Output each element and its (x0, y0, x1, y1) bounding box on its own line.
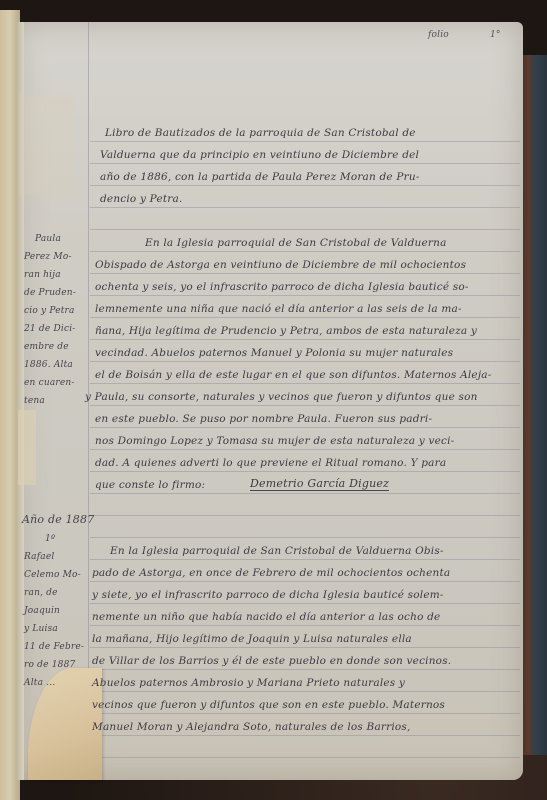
body-line: lemnemente una niña que nació el día ant… (95, 298, 462, 320)
body-line: la mañana, Hijo legítimo de Joaquin y Lu… (92, 628, 412, 650)
repair-patch (18, 410, 36, 485)
margin-line: embre de (24, 338, 69, 357)
margin-line: 1886. Alta (24, 356, 73, 375)
body-line: vecindad. Abuelos paternos Manuel y Polo… (95, 342, 453, 364)
folio-label: folio (428, 30, 449, 40)
margin-line: 11 de Febre- (24, 638, 84, 657)
body-line: nos Domingo Lopez y Tomasa su mujer de e… (95, 430, 454, 452)
margin-line: en cuaren- (24, 374, 75, 393)
margin-line: ran hija (24, 266, 61, 285)
margin-line: cio y Petra (24, 302, 75, 321)
body-line: dad. A quienes adverti lo que previene e… (95, 452, 446, 474)
year-heading: Año de 1887 (22, 510, 94, 529)
margin-line: de Pruden- (24, 284, 76, 303)
body-line: En la Iglesia parroquial de San Cristoba… (145, 232, 447, 254)
margin-line: Celemo Mo- (24, 566, 81, 585)
margin-line: ro de 1887 (24, 656, 75, 675)
book-cover-edge (520, 55, 547, 755)
body-line: nemente un niño que había nacido el día … (92, 606, 440, 628)
body-line: En la Iglesia parroquial de San Cristoba… (110, 540, 444, 562)
folio-number: 1° (490, 30, 501, 40)
margin-line: Perez Mo- (24, 248, 72, 267)
margin-line: ran, de (24, 584, 58, 603)
title-line-4: dencio y Petra. (100, 188, 183, 210)
body-line: pado de Astorga, en once de Febrero de m… (92, 562, 450, 584)
body-line: ochenta y seis, yo el infrascrito parroc… (95, 276, 469, 298)
title-line-2: Valduerna que da principio en veintiuno … (100, 144, 419, 166)
body-line: y siete, yo el infrascrito parroco de di… (92, 584, 444, 606)
margin-line: y Luisa (24, 620, 58, 639)
body-line: que conste lo firmo: (95, 474, 205, 496)
margin-line: 21 de Dici- (24, 320, 76, 339)
body-line: ñana, Hija legítima de Prudencio y Petra… (95, 320, 477, 342)
body-line: Obispado de Astorga en veintiuno de Dici… (95, 254, 466, 276)
body-line: el de Boisán y ella de este lugar en el … (95, 364, 492, 386)
body-line: de Villar de los Barrios y él de este pu… (92, 650, 451, 672)
priest-signature: Demetrio García Diguez (250, 477, 389, 491)
margin-line: tena (24, 392, 45, 411)
margin-line: Paula (35, 230, 61, 249)
title-line-3: año de 1886, con la partida de Paula Per… (100, 166, 420, 188)
title-line-1: Libro de Bautizados de la parroquia de S… (105, 122, 416, 144)
body-line: vecinos que fueron y difuntos que son en… (92, 694, 445, 716)
body-line: y Paula, su consorte, naturales y vecino… (85, 386, 478, 408)
body-line: Abuelos paternos Ambrosio y Mariana Prie… (92, 672, 405, 694)
body-line: en este pueblo. Se puso por nombre Paula… (95, 408, 432, 430)
entry-number: 1º (45, 530, 55, 549)
margin-line: Joaquin (24, 602, 60, 621)
body-line: Manuel Moran y Alejandra Soto, naturales… (92, 716, 411, 738)
margin-line: Rafael (24, 548, 54, 567)
paper-stain (18, 95, 73, 195)
margin-line: Alta ... (24, 674, 55, 693)
